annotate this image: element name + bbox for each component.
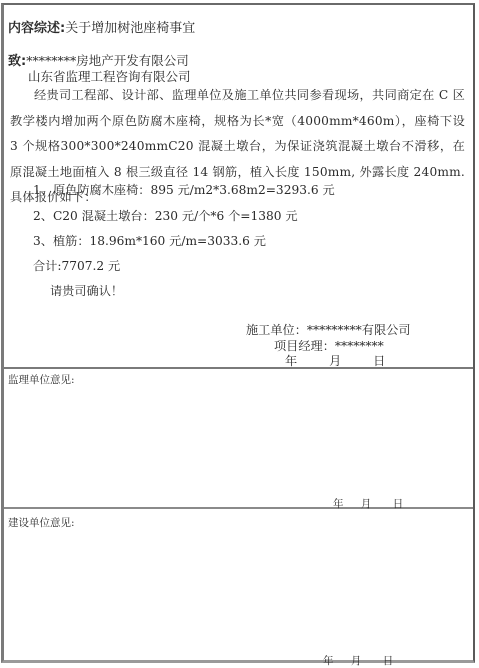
contractor-signature: 施工单位：*********有限公司: [246, 321, 411, 338]
year-label: 年: [285, 352, 297, 369]
content-section: 内容综述:关于增加树池座椅事宜 致:********房地产开发有限公司 山东省监…: [4, 5, 473, 369]
item-1: 1、原色防腐木座椅：895 元/m2*3.68m2=3293.6 元: [33, 181, 335, 198]
supervision-section: 监理单位意见: 年 月 日: [4, 369, 473, 509]
total: 合计:7707.2 元: [33, 257, 120, 274]
day-label: 日: [373, 352, 385, 369]
year-label: 年: [323, 653, 334, 668]
signature-date: 年 月 日: [285, 352, 385, 369]
item-2: 2、C20 混凝土墩台：230 元/个*6 个=1380 元: [33, 207, 298, 224]
to-label: 致:: [8, 54, 26, 69]
request: 请贵司确认！: [50, 282, 123, 299]
recipient-1: ********房地产开发有限公司: [26, 53, 189, 68]
day-label: 日: [383, 653, 394, 668]
subject-label: 内容综述:: [8, 21, 65, 36]
subject-text: 关于增加树池座椅事宜: [65, 21, 195, 36]
item-3: 3、植筋：18.96m*160 元/m=3033.6 元: [33, 232, 266, 249]
subject-line: 内容综述:关于增加树池座椅事宜: [8, 17, 195, 36]
owner-label: 建设单位意见:: [8, 515, 75, 530]
supervision-label: 监理单位意见:: [8, 372, 75, 387]
month-label: 月: [329, 352, 341, 369]
form-frame: 内容综述:关于增加树池座椅事宜 致:********房地产开发有限公司 山东省监…: [1, 3, 475, 663]
owner-date: 年 月 日: [323, 653, 393, 668]
month-label: 月: [351, 653, 362, 668]
owner-section: 建设单位意见: 年 月 日: [4, 509, 473, 660]
